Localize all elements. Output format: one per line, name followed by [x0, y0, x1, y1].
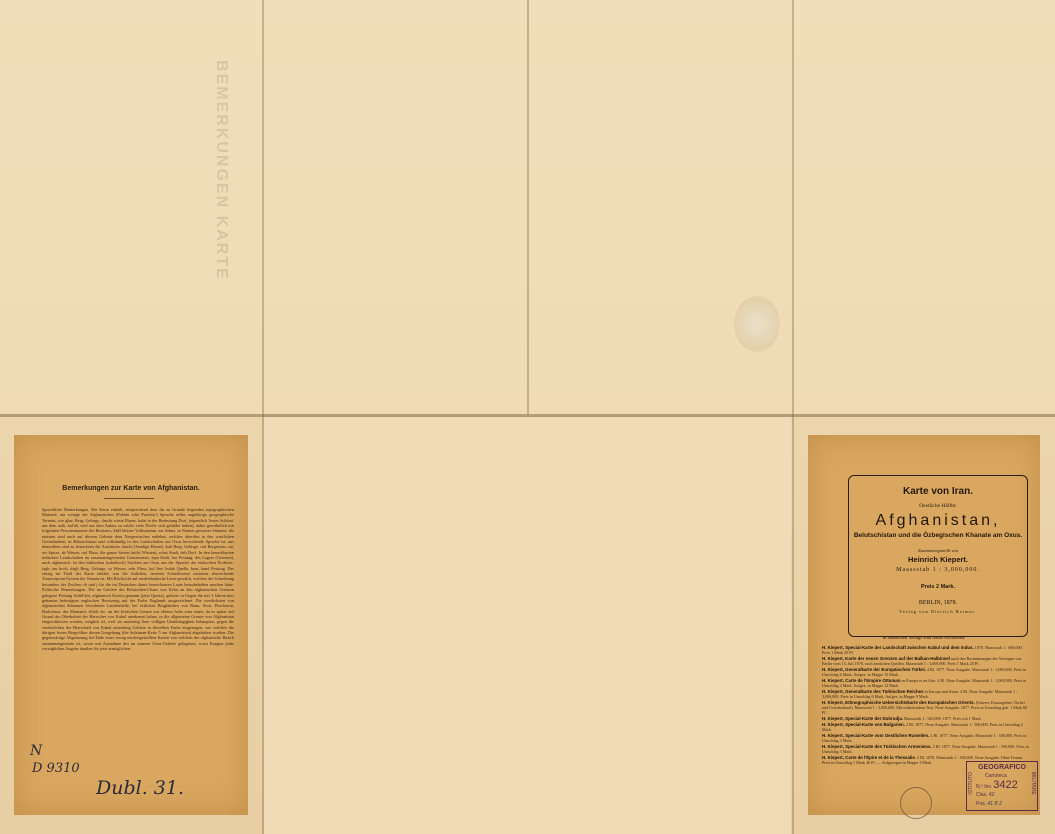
author: Heinrich Kiepert. [849, 555, 1027, 564]
institute-stamp: GEOGRAFICO ISTITUTO MILITARE Cartoteca N… [966, 761, 1038, 811]
panel-bottom-center [264, 417, 791, 834]
notes-title: Bemerkungen zur Karte von Afghanistan. [14, 485, 248, 492]
catalog-item: H. Kiepert, Special-Karte von Bulgarien.… [822, 722, 1030, 732]
stamp-pos-value: 41 B 2 [987, 801, 1001, 807]
stamp-clas-label: Clas. [976, 792, 987, 798]
stamp-pos-label: Pos. [976, 801, 986, 807]
stamp-header: GEOGRAFICO [967, 764, 1037, 771]
compiled-by: Zusammengestellt von [849, 548, 1027, 553]
catalog-item: H. Kiepert, Generalkarte der Europäische… [822, 667, 1030, 677]
notes-label: Bemerkungen zur Karte von Afghanistan. S… [14, 435, 248, 815]
catalog-item: H. Kiepert, Carte de l'Empire Ottoman en… [822, 678, 1030, 688]
catalog-item: H. Kiepert, Ethnographische Uebersichtsk… [822, 700, 1030, 715]
also-published-header: In demselben Verlage sind ferner erschie… [808, 635, 1040, 640]
catalog-item: H. Kiepert, Special-Karte der Landschaft… [822, 645, 1030, 655]
stamp-clas-value: 42 [989, 792, 995, 798]
catalog-item: H. Kiepert, Karte der neuen Grenzen auf … [822, 656, 1030, 666]
map-sheet: BEMERKUNGEN KARTE Bemerkungen zur Karte … [0, 0, 1055, 834]
stamp-pos-row: Pos. 41 B 2 [976, 801, 1002, 807]
stamp-inv-number: 3422 [993, 779, 1017, 791]
map-scale: Maassstab 1 : 3,000,000. [849, 567, 1027, 573]
catalog-item: H. Kiepert, Special-Karte vom Oestlichen… [822, 733, 1030, 743]
catalog-item: H. Kiepert, Special-Karte des Türkischen… [822, 744, 1030, 754]
panel-top-4 [792, 0, 1055, 415]
title-label: Karte von Iran. Oestliche Hälfte: Afghan… [808, 435, 1040, 815]
stamp-left-text: ISTITUTO [968, 772, 974, 795]
catalog-item: H. Kiepert, Special-Karte der Dobrudja. … [822, 716, 1030, 721]
publisher-catalog-list: H. Kiepert, Special-Karte der Landschaft… [822, 645, 1030, 766]
handwritten-shelfmark: Dubl. 31. [96, 777, 184, 799]
stamp-clas-row: Clas. 42 [976, 792, 994, 798]
handwritten-catalog-number: D 9310 [32, 761, 80, 776]
handwritten-mark: N [30, 743, 42, 759]
stamp-inv-label: N.º Inv. [976, 784, 992, 790]
library-seal-icon [900, 787, 932, 819]
publication-place-year: BERLIN, 1878. [849, 600, 1027, 606]
panel-top-2 [262, 0, 527, 415]
stamp-right-text: MILITARE [1030, 772, 1036, 795]
map-subtitle: Oestliche Hälfte: [849, 503, 1027, 509]
title-box: Karte von Iran. Oestliche Hälfte: Afghan… [848, 475, 1028, 637]
map-main-title: Afghanistan, [849, 512, 1027, 530]
notes-body: Sprachliche Bemerkungen. Die Karte enthä… [42, 507, 234, 651]
map-series-title: Karte von Iran. [849, 486, 1027, 497]
panel-top-3 [527, 0, 792, 415]
water-stain [734, 296, 780, 352]
fold-line [527, 0, 529, 415]
map-price: Preis 2 Mark. [849, 584, 1027, 590]
map-region: Belutschistan und die Özbegischen Khanat… [849, 532, 1027, 539]
publisher: Verlag von Dietrich Reimer. [849, 609, 1027, 614]
divider [104, 498, 154, 499]
ghost-bleed-through-text: BEMERKUNGEN KARTE [212, 60, 230, 281]
stamp-inv-row: N.º Inv. 3422 [976, 779, 1018, 791]
catalog-item: H. Kiepert, Generalkarte des Türkischen … [822, 689, 1030, 699]
fold-line [792, 0, 794, 834]
